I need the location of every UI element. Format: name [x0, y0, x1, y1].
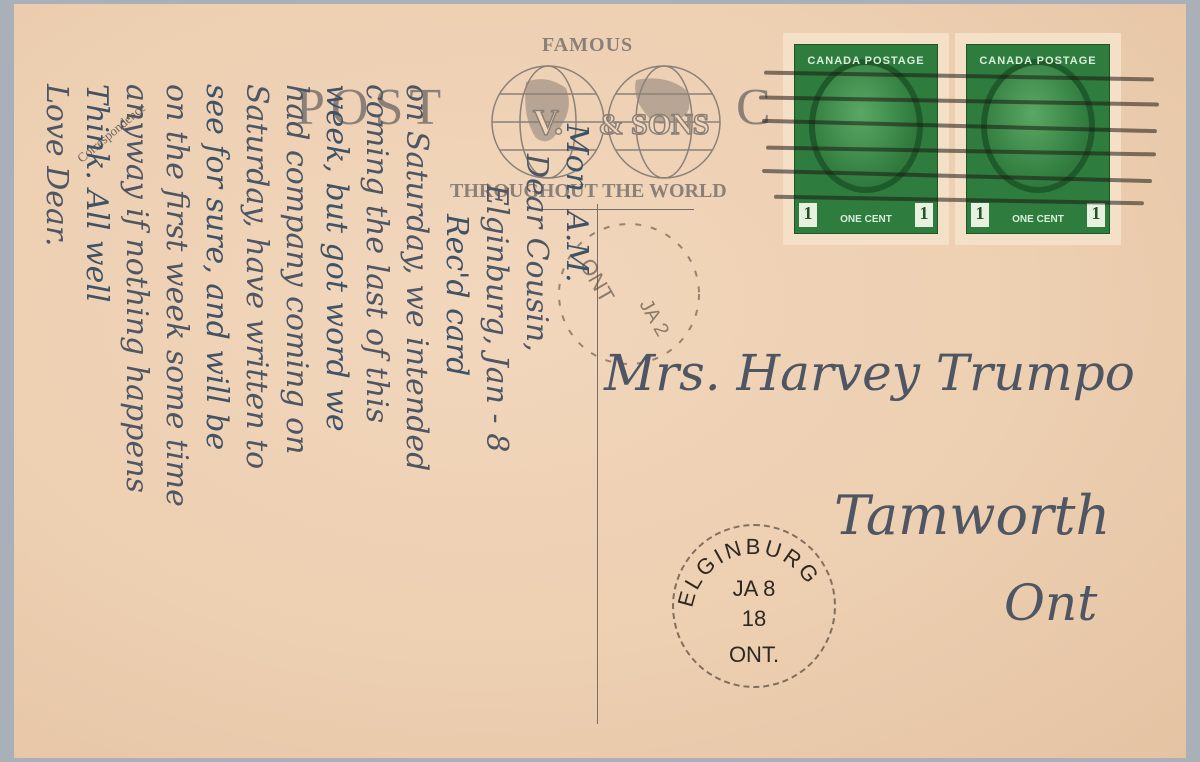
message-line: see for sure, and will be: [199, 84, 234, 450]
stamp-country: CANADA POSTAGE: [967, 55, 1109, 67]
address-line-3: Ont: [1004, 574, 1097, 632]
address-line-2: Tamworth: [834, 484, 1110, 547]
stamp-numeral: 1: [1087, 203, 1105, 227]
message-line: coming the last of this: [359, 84, 394, 423]
address-line-1: Mrs. Harvey Trumpo: [604, 344, 1135, 402]
svg-text:JA 2: JA 2: [635, 296, 674, 341]
svg-text:& SONS: & SONS: [599, 108, 710, 141]
logo-top-text: FAMOUS: [542, 34, 633, 57]
message-line: on Saturday, we intended: [399, 84, 434, 471]
postcard-back: POST C FAMOUS V. & SONS THROUGHOUT THE W…: [14, 4, 1186, 758]
message-line: Love Dear.: [39, 84, 74, 247]
stamp-numeral: 1: [799, 203, 817, 227]
stamp-1: CANADA POSTAGE ONE CENT 1 1: [786, 36, 946, 242]
stamp-numeral: 1: [971, 203, 989, 227]
message-line: Rec'd card: [439, 214, 474, 376]
message-line: Dear Cousin,: [519, 154, 554, 352]
postmark-province: ONT.: [704, 642, 804, 668]
message-line: anyway if nothing happens: [119, 84, 154, 493]
stamp-2: CANADA POSTAGE ONE CENT 1 1: [958, 36, 1118, 242]
message-line: Mon. A.M.: [559, 124, 594, 283]
message-line: week, but got word we: [319, 84, 354, 432]
message-line: Elginburg, Jan - 8: [479, 184, 514, 452]
postmark-year: 18: [704, 606, 804, 632]
postmark-date: JA 8: [704, 576, 804, 602]
stamp-numeral: 1: [915, 203, 933, 227]
message-line: had company coming on: [279, 84, 314, 455]
postmark-elginburg: ELGINBURG JA 8 18 ONT.: [654, 506, 854, 706]
card-label: C: [736, 78, 771, 137]
message-line: on the first week some time: [159, 84, 194, 507]
message-line: Think. All well: [79, 84, 114, 303]
message-line: Saturday, have written to: [239, 84, 274, 469]
stamp-country: CANADA POSTAGE: [795, 55, 937, 67]
